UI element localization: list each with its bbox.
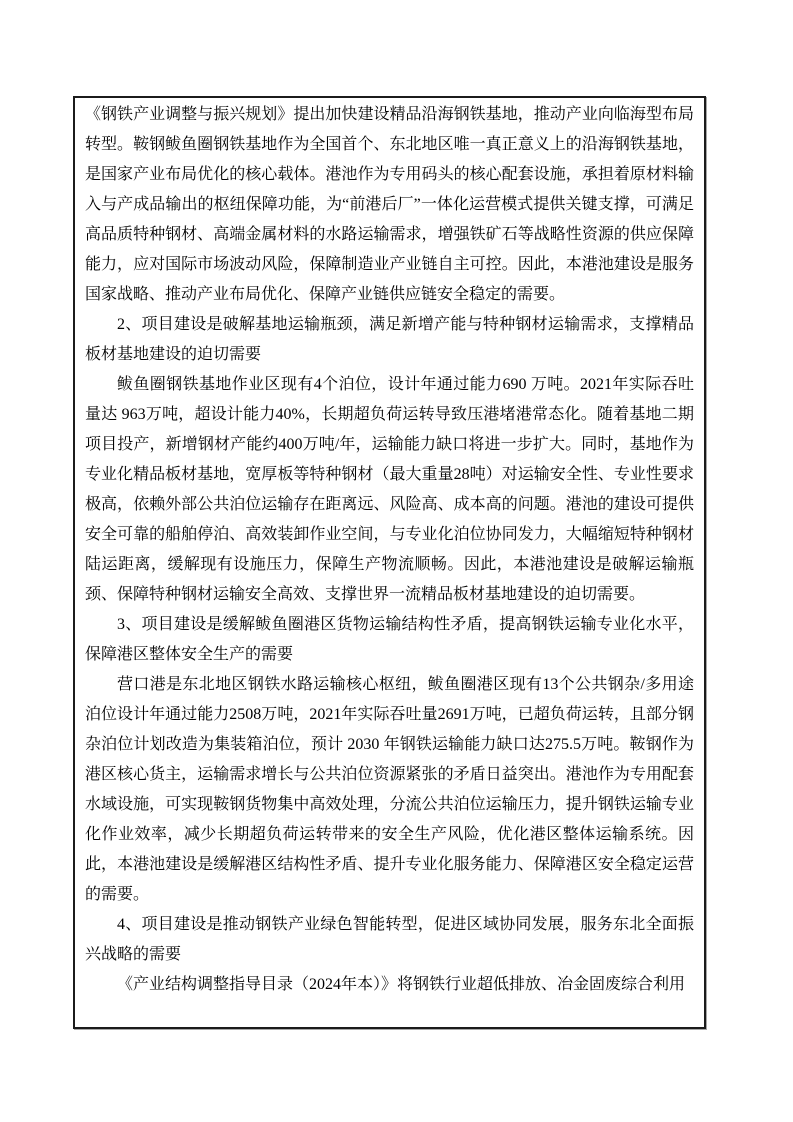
- document-page: 《钢铁产业调整与振兴规划》提出加快建设精品沿海钢铁基地，推动产业向临海型布局转型…: [0, 0, 793, 1122]
- report-text-cell: 《钢铁产业调整与振兴规划》提出加快建设精品沿海钢铁基地，推动产业向临海型布局转型…: [73, 96, 706, 1029]
- paragraph-policy-background: 《钢铁产业调整与振兴规划》提出加快建设精品沿海钢铁基地，推动产业向临海型布局转型…: [85, 100, 694, 310]
- paragraph-need-3-body: 营口港是东北地区钢铁水路运输核心枢纽，鲅鱼圈港区现有13个公共钢杂/多用途泊位设…: [85, 670, 694, 910]
- paragraph-heading-need-3: 3、项目建设是缓解鲅鱼圈港区货物运输结构性矛盾，提高钢铁运输专业化水平，保障港区…: [85, 610, 694, 670]
- paragraph-heading-need-4: 4、项目建设是推动钢铁产业绿色智能转型，促进区域协同发展，服务东北全面振兴战略的…: [85, 910, 694, 970]
- paragraph-need-2-body: 鲅鱼圈钢铁基地作业区现有4个泊位，设计年通过能力690 万吨。2021年实际吞吐…: [85, 370, 694, 610]
- paragraph-need-4-body: 《产业结构调整指导目录（2024年本）》将钢铁行业超低排放、冶金固废综合利用: [85, 970, 694, 1000]
- paragraph-heading-need-2: 2、项目建设是破解基地运输瓶颈，满足新增产能与特种钢材运输需求，支撑精品板材基地…: [85, 310, 694, 370]
